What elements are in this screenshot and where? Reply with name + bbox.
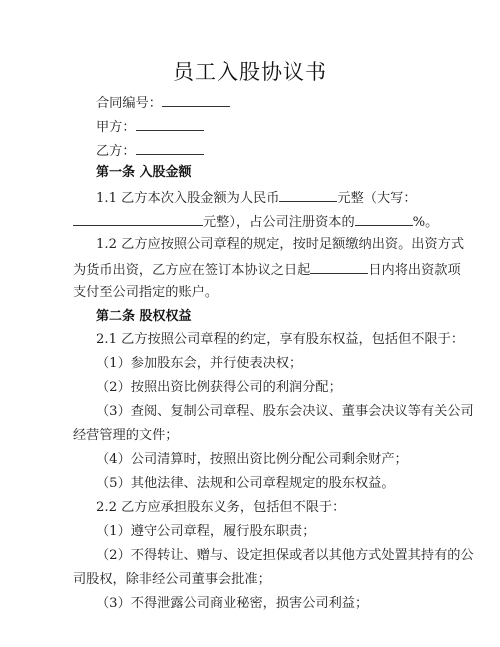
- party-b-field: 乙方：: [96, 142, 446, 160]
- contract-number-blank[interactable]: [162, 94, 230, 107]
- clause-1-2-text-a: 为货币出资，乙方应在签订本协议之日起: [73, 263, 310, 278]
- party-a-field: 甲方：: [96, 118, 446, 136]
- document-page: 员工入股协议书 合同编号： 甲方： 乙方： 第一条 入股金额 1.1 乙方本次入…: [0, 0, 500, 647]
- article-2-heading: 第二条 股权权益: [96, 309, 446, 325]
- right-item-4: （4）公司清算时，按照出资比例分配公司剩余财产；: [96, 452, 446, 468]
- party-a-label: 甲方：: [96, 120, 136, 135]
- duty-item-1: （1）遵守公司章程，履行股东职责；: [96, 524, 446, 540]
- right-item-2: （2）按照出资比例获得公司的利润分配；: [96, 380, 446, 396]
- party-a-blank[interactable]: [136, 118, 204, 131]
- days-blank[interactable]: [310, 261, 368, 274]
- duty-item-2: （2）不得转让、赠与、设定担保或者以其他方式处置其持有的公: [96, 548, 446, 564]
- clause-1-1-text-b: 元整（大写：: [337, 191, 416, 206]
- contract-number-field: 合同编号：: [96, 94, 446, 112]
- right-item-1: （1）参加股东会，并行使表决权；: [96, 356, 446, 372]
- contract-number-label: 合同编号：: [96, 96, 162, 111]
- clause-1-2-line-1: 1.2 乙方应按照公司章程的规定，按时足额缴纳出资。出资方式: [96, 237, 446, 253]
- clause-1-1-line-2: 元整），占公司注册资本的%。: [73, 213, 423, 231]
- duty-item-3: （3）不得泄露公司商业秘密，损害公司利益；: [96, 596, 446, 612]
- amount-blank[interactable]: [279, 189, 337, 202]
- article-1-heading: 第一条 入股金额: [96, 165, 446, 181]
- clause-1-1-text-a: 1.1 乙方本次入股金额为人民币: [96, 191, 279, 206]
- clause-1-1-text-c: 元整），占公司注册资本的: [203, 215, 355, 230]
- amount-uppercase-blank[interactable]: [73, 213, 203, 226]
- clause-2-2: 2.2 乙方应承担股东义务，包括但不限于：: [96, 500, 446, 516]
- clause-2-1: 2.1 乙方按照公司章程的约定，享有股东权益，包括但不限于：: [96, 332, 446, 348]
- document-title: 员工入股协议书: [0, 56, 500, 86]
- duty-item-2-cont: 司股权，除非经公司董事会批准；: [73, 572, 423, 588]
- clause-1-1-text-d: %。: [413, 215, 439, 230]
- party-b-label: 乙方：: [96, 144, 136, 159]
- clause-1-2-line-3: 支付至公司指定的账户。: [73, 285, 423, 301]
- right-item-3: （3）查阅、复制公司章程、股东会决议、董事会决议等有关公司: [96, 404, 446, 420]
- clause-1-1-line-1: 1.1 乙方本次入股金额为人民币元整（大写：: [96, 189, 446, 207]
- right-item-5: （5）其他法律、法规和公司章程规定的股东权益。: [96, 476, 446, 492]
- share-percent-blank[interactable]: [355, 213, 413, 226]
- clause-1-2-text-b: 日内将出资款项: [368, 263, 460, 278]
- right-item-3-cont: 经营管理的文件；: [73, 428, 423, 444]
- clause-1-2-line-2: 为货币出资，乙方应在签订本协议之日起日内将出资款项: [73, 261, 423, 279]
- party-b-blank[interactable]: [136, 142, 204, 155]
